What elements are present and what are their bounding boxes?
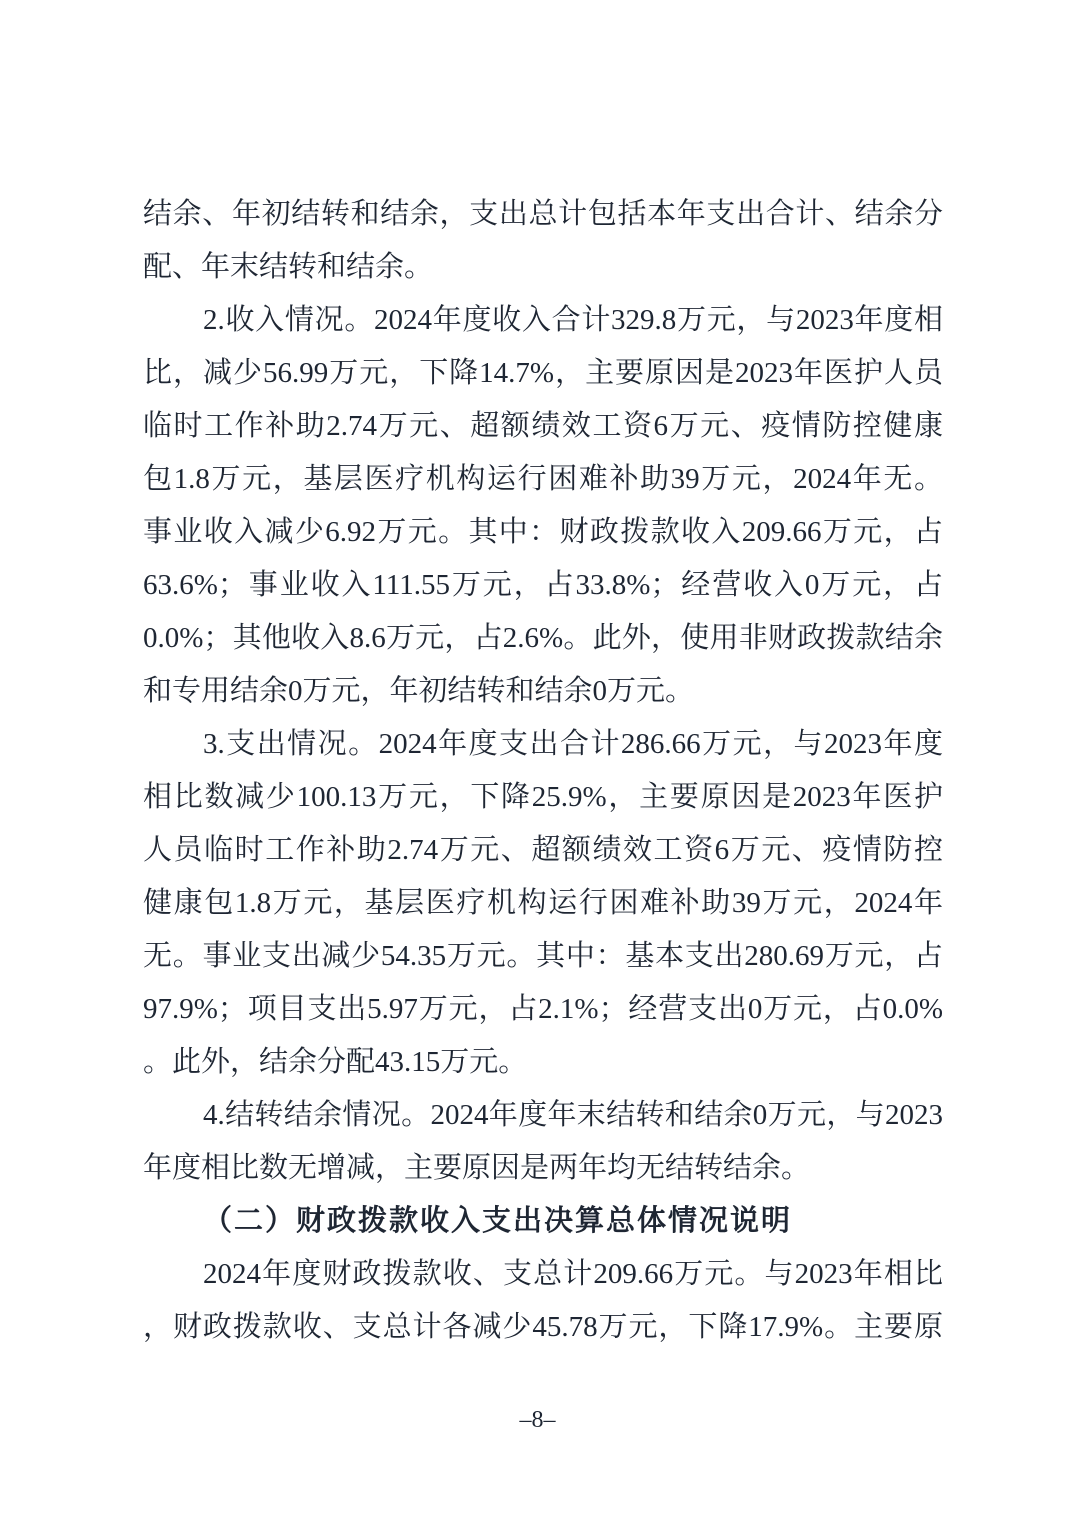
text-line: 无。事业支出减少54.35万元。其中：基本支出280.69万元，占 [143, 930, 943, 983]
text-line: 97.9%；项目支出5.97万元，占2.1%；经营支出0万元，占0.0% [143, 983, 943, 1036]
text-line: 包1.8万元，基层医疗机构运行困难补助39万元，2024年无。 [143, 453, 943, 506]
text-line: 年度相比数无增减，主要原因是两年均无结转结余。 [143, 1142, 943, 1195]
text-line: （二）财政拨款收入支出决算总体情况说明 [143, 1195, 943, 1248]
text-line: 结余、年初结转和结余，支出总计包括本年支出合计、结余分 [143, 188, 943, 241]
text-line: 。此外，结余分配43.15万元。 [143, 1036, 943, 1089]
paragraph: 4.结转结余情况。2024年度年末结转和结余0万元，与2023年度相比数无增减，… [143, 1089, 943, 1195]
text-line: 2.收入情况。2024年度收入合计329.8万元，与2023年度相 [143, 294, 943, 347]
text-line: 事业收入减少6.92万元。其中：财政拨款收入209.66万元，占 [143, 506, 943, 559]
text-line: 63.6%；事业收入111.55万元，占33.8%；经营收入0万元，占 [143, 559, 943, 612]
text-line: 相比数减少100.13万元，下降25.9%，主要原因是2023年医护 [143, 771, 943, 824]
paragraph: 2024年度财政拨款收、支总计209.66万元。与2023年相比，财政拨款收、支… [143, 1248, 943, 1354]
text-line: 临时工作补助2.74万元、超额绩效工资6万元、疫情防控健康 [143, 400, 943, 453]
paragraph: 3.支出情况。2024年度支出合计286.66万元，与2023年度相比数减少10… [143, 718, 943, 1089]
text-line: 健康包1.8万元，基层医疗机构运行困难补助39万元，2024年 [143, 877, 943, 930]
document-body: 结余、年初结转和结余，支出总计包括本年支出合计、结余分配、年末结转和结余。2.收… [143, 188, 943, 1354]
text-line: 比，减少56.99万元，下降14.7%，主要原因是2023年医护人员 [143, 347, 943, 400]
text-line: 人员临时工作补助2.74万元、超额绩效工资6万元、疫情防控 [143, 824, 943, 877]
paragraph: 2.收入情况。2024年度收入合计329.8万元，与2023年度相比，减少56.… [143, 294, 943, 718]
text-line: 3.支出情况。2024年度支出合计286.66万元，与2023年度 [143, 718, 943, 771]
text-line: 4.结转结余情况。2024年度年末结转和结余0万元，与2023 [143, 1089, 943, 1142]
page-number: –8– [520, 1407, 556, 1433]
text-line: ，财政拨款收、支总计各减少45.78万元，下降17.9%。主要原 [143, 1301, 943, 1354]
text-line: 配、年末结转和结余。 [143, 241, 943, 294]
text-line: 0.0%；其他收入8.6万元，占2.6%。此外，使用非财政拨款结余 [143, 612, 943, 665]
page-footer: –8– [0, 1403, 1075, 1437]
document-page: 结余、年初结转和结余，支出总计包括本年支出合计、结余分配、年末结转和结余。2.收… [0, 0, 1075, 1520]
paragraph: （二）财政拨款收入支出决算总体情况说明 [143, 1195, 943, 1248]
text-line: 和专用结余0万元，年初结转和结余0万元。 [143, 665, 943, 718]
paragraph: 结余、年初结转和结余，支出总计包括本年支出合计、结余分配、年末结转和结余。 [143, 188, 943, 294]
text-line: 2024年度财政拨款收、支总计209.66万元。与2023年相比 [143, 1248, 943, 1301]
